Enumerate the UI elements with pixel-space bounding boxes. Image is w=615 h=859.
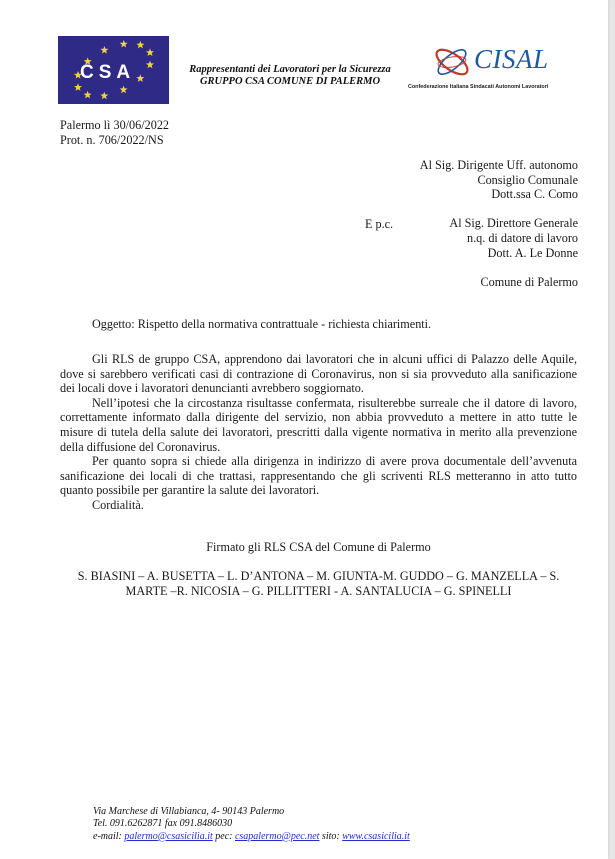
cc-recipient-line: Dott. A. Le Donne: [360, 246, 578, 261]
recipient-line: Consiglio Comunale: [360, 173, 578, 188]
svg-text:CSA: CSA: [80, 62, 135, 83]
footer-address: Via Marchese di Villabianca, 4- 90143 Pa…: [93, 806, 410, 818]
header-line-1: Rappresentanti dei Lavoratori per la Sic…: [170, 64, 410, 76]
body-paragraph: Nell’ipotesi che la circostanza risultas…: [60, 396, 577, 454]
email-link[interactable]: palermo@csasicilia.it: [124, 831, 212, 842]
closing: Cordialità.: [60, 498, 577, 513]
pec-label: pec:: [215, 831, 232, 842]
footer: Via Marchese di Villabianca, 4- 90143 Pa…: [93, 806, 410, 843]
signature-heading: Firmato gli RLS CSA del Comune di Palerm…: [60, 540, 577, 555]
body-paragraph: Per quanto sopra si chiede alla dirigenz…: [60, 454, 577, 498]
footer-phone: Tel. 091.6262871 fax 091.8486030: [93, 818, 410, 830]
cc-label: E p.c.: [365, 217, 393, 232]
header-title: Rappresentanti dei Lavoratori per la Sic…: [170, 64, 410, 88]
cisal-wordmark: CISAL: [474, 44, 549, 75]
csa-logo: CSA: [58, 36, 169, 104]
recipient-line: Dott.ssa C. Como: [360, 187, 578, 202]
header-line-2: GRUPPO CSA COMUNE DI PALERMO: [170, 76, 410, 88]
recipient-organization: Comune di Palermo: [360, 275, 578, 290]
cisal-orbit-icon: [430, 40, 478, 82]
cisal-logo: CISAL: [430, 40, 550, 82]
subject-line: Oggetto: Rispetto della normativa contra…: [92, 317, 431, 332]
body-paragraph: Gli RLS de gruppo CSA, apprendono dai la…: [60, 352, 577, 396]
email-label: e-mail:: [93, 831, 122, 842]
recipient-line: Al Sig. Dirigente Uff. autonomo: [360, 158, 578, 173]
site-label: sito:: [322, 831, 340, 842]
protocol-number: Prot. n. 706/2022/NS: [60, 133, 169, 148]
date-block: Palermo lì 30/06/2022 Prot. n. 706/2022/…: [60, 118, 169, 147]
footer-contacts: e-mail: palermo@csasicilia.it pec: csapa…: [93, 831, 410, 843]
document-page: CSA Rappresentanti dei Lavoratori per la…: [0, 0, 608, 859]
site-link[interactable]: www.csasicilia.it: [342, 831, 410, 842]
cc-recipient-line: n.q. di datore di lavoro: [360, 231, 578, 246]
place-date: Palermo lì 30/06/2022: [60, 118, 169, 133]
cisal-subtitle: Confederazione Italiana Sindacati Autono…: [408, 84, 608, 90]
pec-link[interactable]: csapalermo@pec.net: [235, 831, 319, 842]
letter-body: Gli RLS de gruppo CSA, apprendono dai la…: [60, 352, 577, 513]
signatories: S. BIASINI – A. BUSETTA – L. D’ANTONA – …: [60, 569, 577, 598]
csa-eu-stars-icon: CSA: [58, 36, 169, 104]
